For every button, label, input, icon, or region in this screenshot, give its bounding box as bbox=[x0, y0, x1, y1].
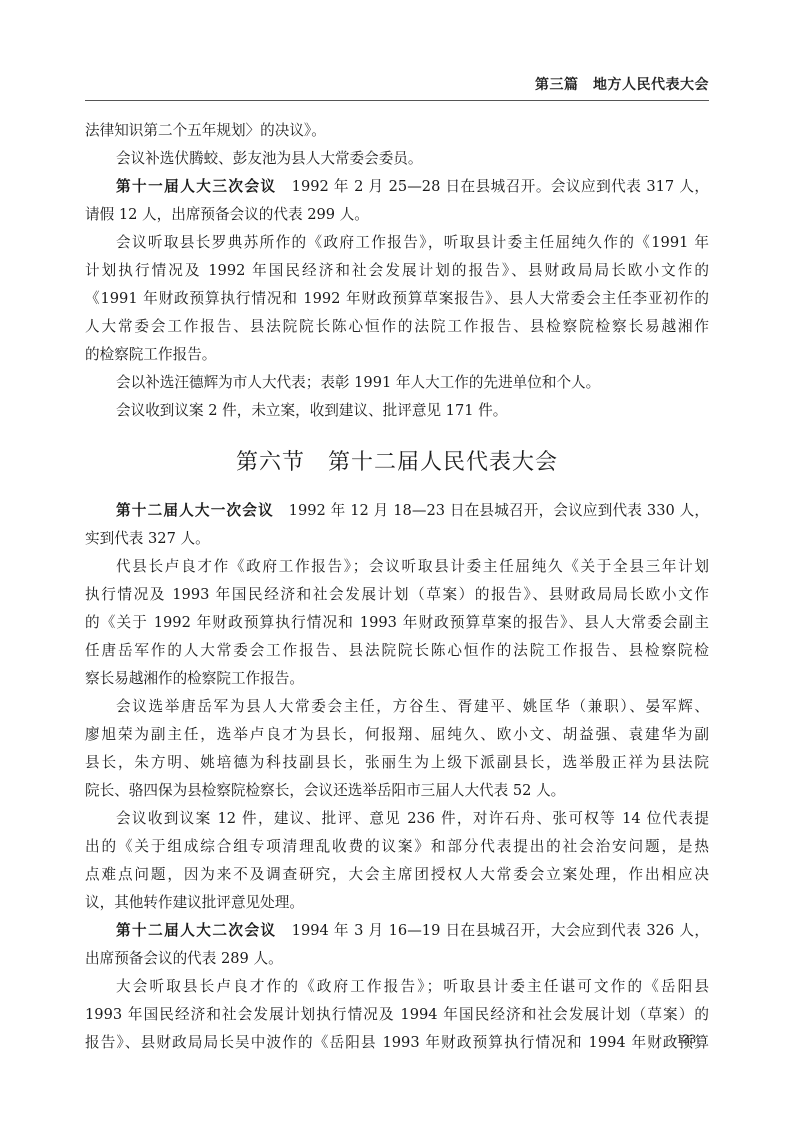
text-line: 会议收到议案 2 件，未立案，收到建议、批评意见 171 件。 bbox=[85, 397, 709, 425]
paragraph: 会议听取县长罗典苏所作的《政府工作报告》，听取县计委主任屈纯久作的《1991 年… bbox=[85, 229, 709, 369]
text-line: 点难点问题，因为来不及调查研究，大会主席团授权人大常委会立案处理，作出相应决 bbox=[85, 861, 709, 889]
paragraph: 会以补选汪德辉为市人大代表；表彰 1991 年人大工作的先进单位和个人。 bbox=[85, 369, 709, 397]
page-body: 法律知识第二个五年规划〉的决议》。 会议补选伏腾蛟、彭友池为县人大常委会委员。 … bbox=[85, 117, 709, 1057]
text-line: 廖旭荣为副主任，选举卢良才为县长，何报翔、屈纯久、欧小文、胡益强、袁建华为副 bbox=[85, 721, 709, 749]
text-line: 实到代表 327 人。 bbox=[85, 525, 709, 553]
paragraph: 会议收到议案 2 件，未立案，收到建议、批评意见 171 件。 bbox=[85, 397, 709, 425]
text-run: 1994 年 3 月 16—19 日在县城召开，大会应到代表 326 人， bbox=[277, 922, 709, 939]
header-rule bbox=[85, 100, 709, 101]
text-line: 会议听取县长罗典苏所作的《政府工作报告》，听取县计委主任屈纯久作的《1991 年 bbox=[85, 229, 709, 257]
text-line: 计划执行情况及 1992 年国民经济和社会发展计划的报告》、县财政局局长欧小文作… bbox=[85, 257, 709, 285]
session-title: 第十一届人大三次会议 bbox=[116, 178, 277, 195]
text-line: 大会听取县长卢良才作的《政府工作报告》；听取县计委主任谌可文作的《岳阳县 bbox=[85, 973, 709, 1001]
text-line: 第十二届人大二次会议 1994 年 3 月 16—19 日在县城召开，大会应到代… bbox=[85, 917, 709, 945]
text-line: 《1991 年财政预算执行情况和 1992 年财政预算草案报告》、县人大常委会主… bbox=[85, 285, 709, 313]
session-title: 第十二届人大一次会议 bbox=[116, 502, 274, 519]
text-line: 议，其他转作建议批评意见处理。 bbox=[85, 889, 709, 917]
paragraph: 会议收到议案 12 件，建议、批评、意见 236 件，对许石舟、张可权等 14 … bbox=[85, 805, 709, 917]
text-line: 请假 12 人，出席预备会议的代表 299 人。 bbox=[85, 201, 709, 229]
text-line: 县长，朱方明、姚培德为科技副县长，张丽生为上级下派副县长，选举殷正祥为县法院 bbox=[85, 749, 709, 777]
paragraph: 会议补选伏腾蛟、彭友池为县人大常委会委员。 bbox=[85, 145, 709, 173]
page-number: ·133· bbox=[672, 1031, 700, 1047]
text-line: 出席预备会议的代表 289 人。 bbox=[85, 945, 709, 973]
paragraph: 第十二届人大一次会议 1992 年 12 月 18—23 日在县城召开，会议应到… bbox=[85, 497, 709, 553]
text-line: 会议收到议案 12 件，建议、批评、意见 236 件，对许石舟、张可权等 14 … bbox=[85, 805, 709, 833]
text-run: 1992 年 2 月 25—28 日在县城召开。会议应到代表 317 人， bbox=[277, 178, 709, 195]
text-line: 会议补选伏腾蛟、彭友池为县人大常委会委员。 bbox=[85, 145, 709, 173]
text-line: 1993 年国民经济和社会发展计划执行情况及 1994 年国民经济和社会发展计划… bbox=[85, 1001, 709, 1029]
text-line: 察长易越湘作的检察院工作报告。 bbox=[85, 665, 709, 693]
text-line: 代县长卢良才作《政府工作报告》；会议听取县计委主任屈纯久《关于全县三年计划 bbox=[85, 553, 709, 581]
paragraph: 会议选举唐岳军为县人大常委会主任，方谷生、胥建平、姚匡华（兼职）、晏军辉、 廖旭… bbox=[85, 693, 709, 805]
text-line: 第十一届人大三次会议 1992 年 2 月 25—28 日在县城召开。会议应到代… bbox=[85, 173, 709, 201]
text-run: 1992 年 12 月 18—23 日在县城召开，会议应到代表 330 人， bbox=[274, 502, 709, 519]
section-title: 第六节 第十二届人民代表大会 bbox=[85, 425, 709, 497]
paragraph: 大会听取县长卢良才作的《政府工作报告》；听取县计委主任谌可文作的《岳阳县 199… bbox=[85, 973, 709, 1057]
session-title: 第十二届人大二次会议 bbox=[116, 922, 277, 939]
text-line: 第十二届人大一次会议 1992 年 12 月 18—23 日在县城召开，会议应到… bbox=[85, 497, 709, 525]
paragraph: 第十二届人大二次会议 1994 年 3 月 16—19 日在县城召开，大会应到代… bbox=[85, 917, 709, 973]
text-line: 的《关于 1992 年财政预算执行情况和 1993 年财政预算草案的报告》、县人… bbox=[85, 609, 709, 637]
text-line: 的检察院工作报告。 bbox=[85, 341, 709, 369]
text-line: 会以补选汪德辉为市人大代表；表彰 1991 年人大工作的先进单位和个人。 bbox=[85, 369, 709, 397]
text-line: 法律知识第二个五年规划〉的决议》。 bbox=[85, 117, 709, 145]
paragraph: 法律知识第二个五年规划〉的决议》。 bbox=[85, 117, 709, 145]
text-line: 院长、骆四保为县检察院检察长，会议还选举岳阳市三届人大代表 52 人。 bbox=[85, 777, 709, 805]
text-line: 出的《关于组成综合组专项清理乱收费的议案》和部分代表提出的社会治安问题，是热 bbox=[85, 833, 709, 861]
running-head: 第三篇 地方人民代表大会 bbox=[535, 74, 709, 94]
text-line: 会议选举唐岳军为县人大常委会主任，方谷生、胥建平、姚匡华（兼职）、晏军辉、 bbox=[85, 693, 709, 721]
text-line: 报告》、县财政局局长吴中波作的《岳阳县 1993 年财政预算执行情况和 1994… bbox=[85, 1029, 709, 1057]
text-line: 人大常委会工作报告、县法院院长陈心恒作的法院工作报告、县检察院检察长易越湘作 bbox=[85, 313, 709, 341]
paragraph: 第十一届人大三次会议 1992 年 2 月 25—28 日在县城召开。会议应到代… bbox=[85, 173, 709, 229]
text-line: 执行情况及 1993 年国民经济和社会发展计划（草案）的报告》、县财政局局长欧小… bbox=[85, 581, 709, 609]
paragraph: 代县长卢良才作《政府工作报告》；会议听取县计委主任屈纯久《关于全县三年计划 执行… bbox=[85, 553, 709, 693]
text-line: 任唐岳军作的人大常委会工作报告、县法院院长陈心恒作的法院工作报告、县检察院检 bbox=[85, 637, 709, 665]
